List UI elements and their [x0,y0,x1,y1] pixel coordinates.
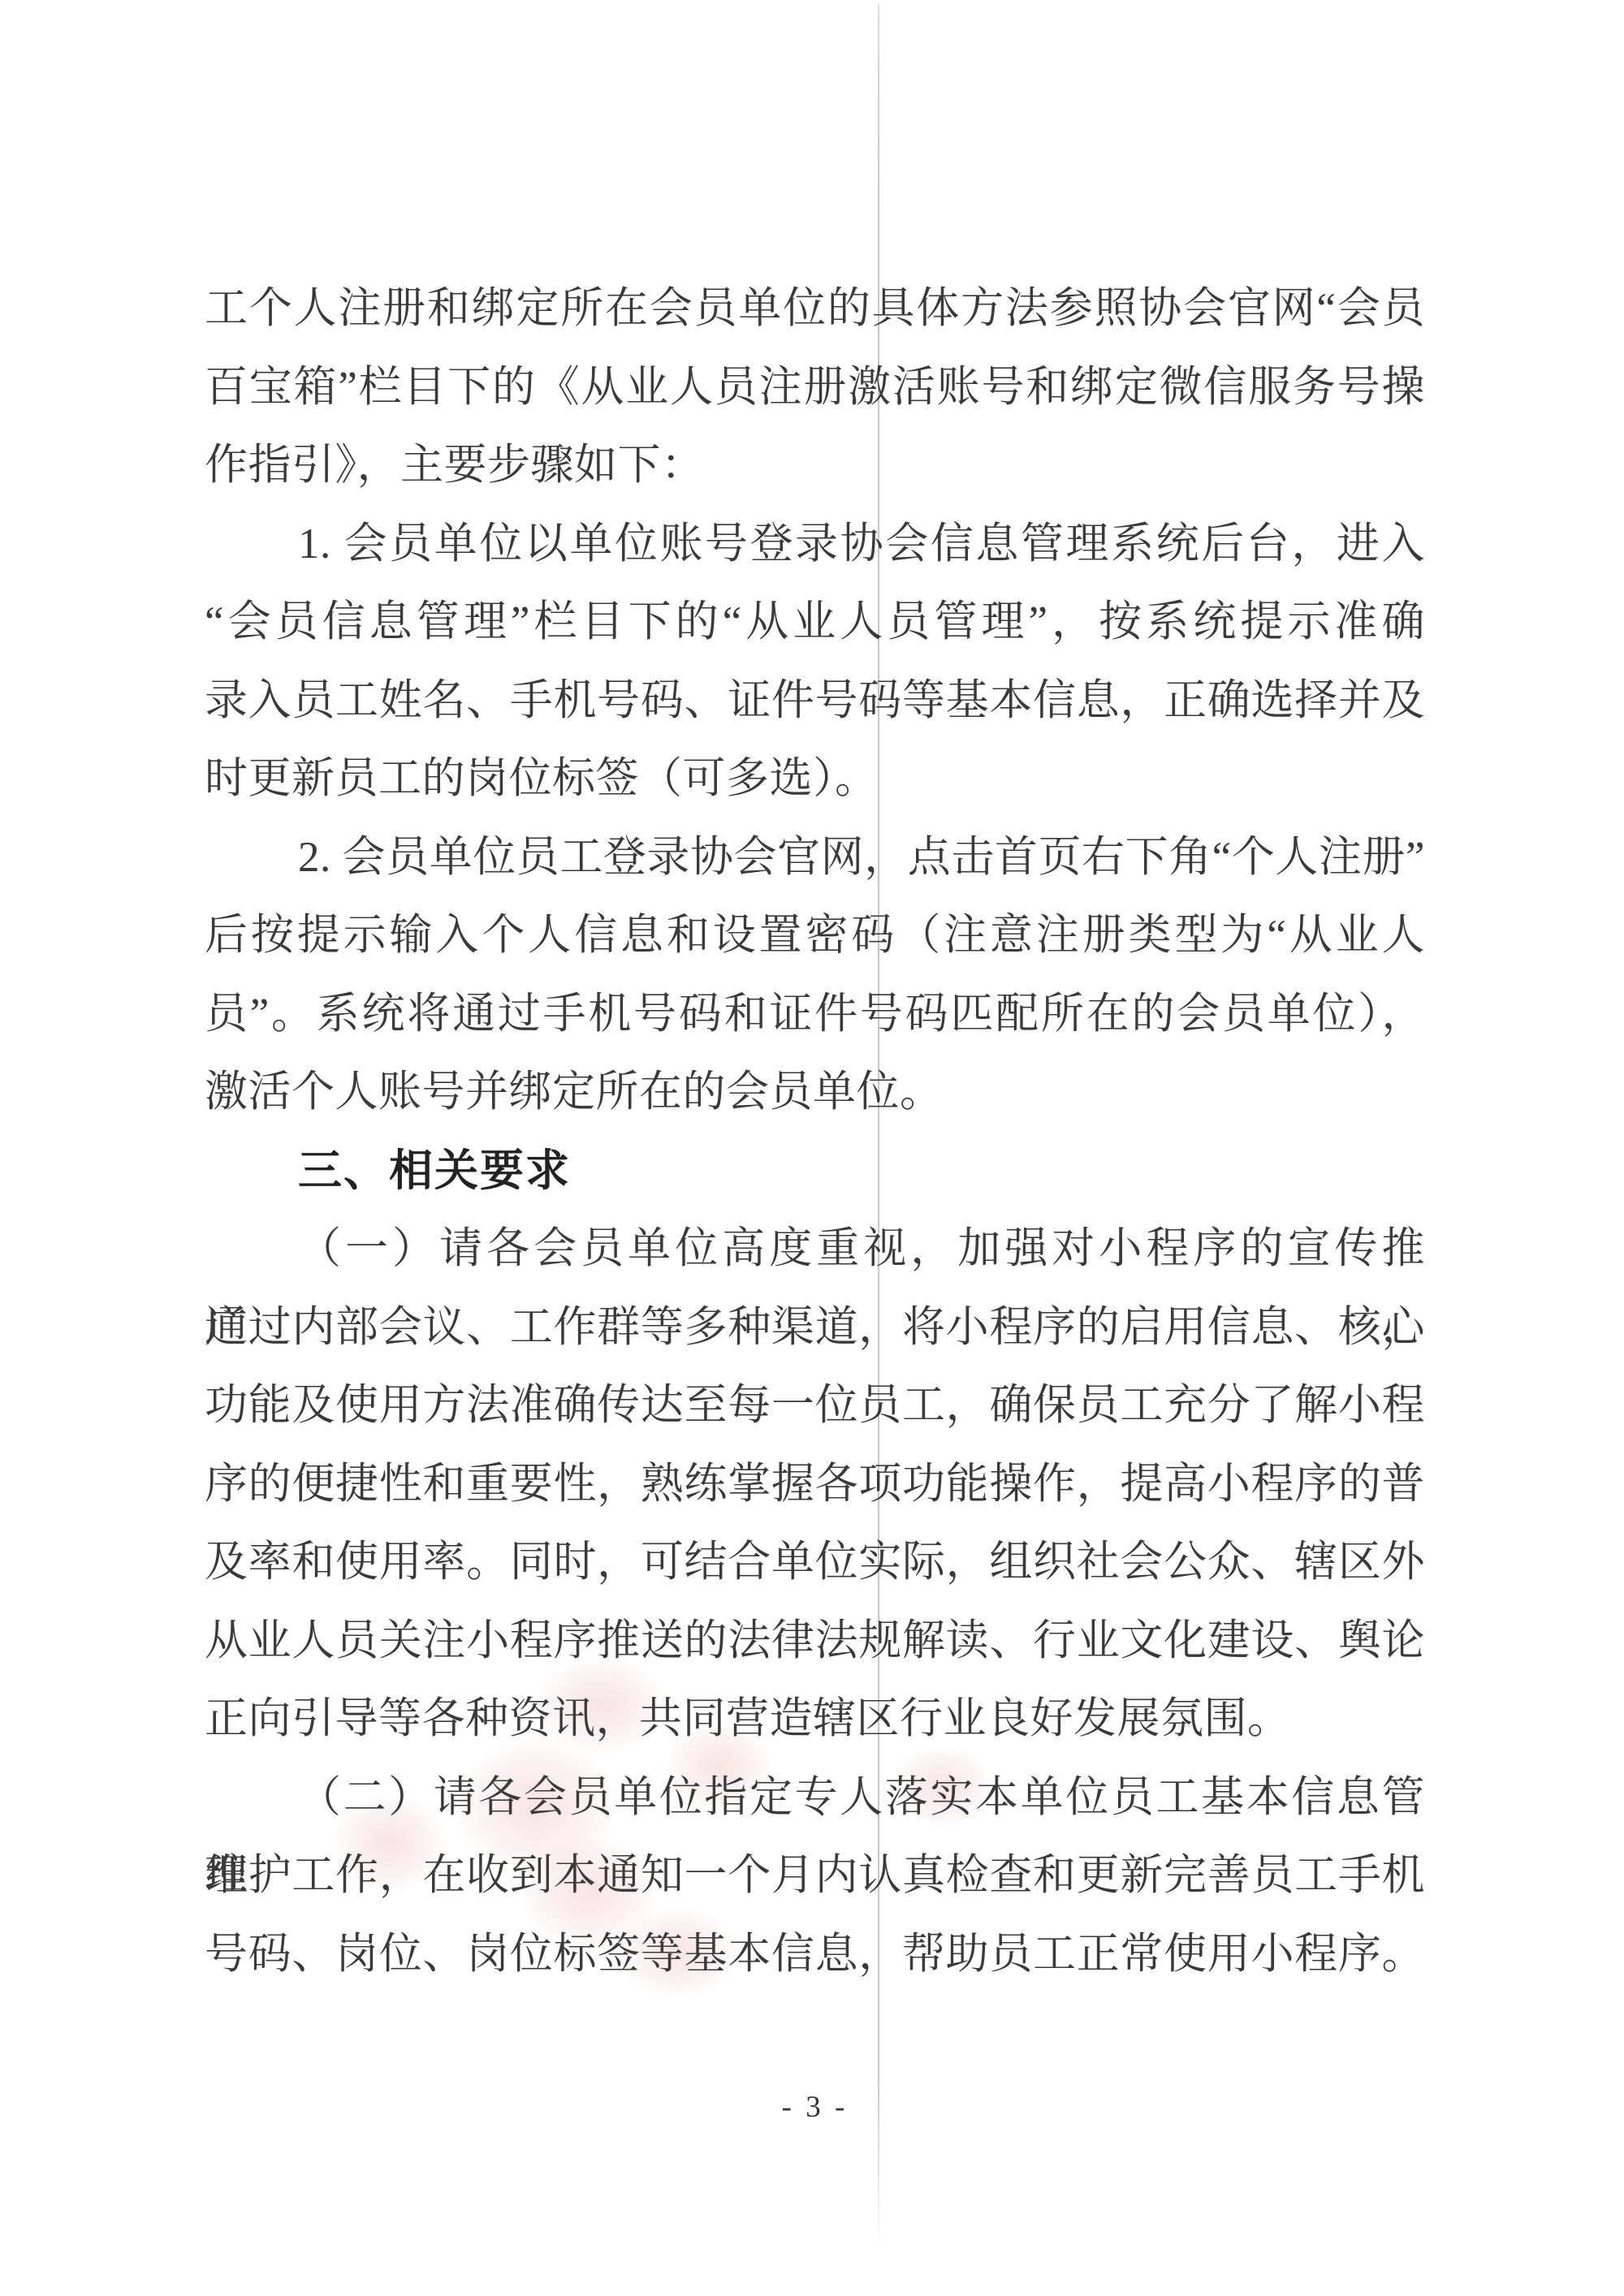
text-line: 2. 会员单位员工登录协会官网，点击首页右下角“个人注册” [205,818,1425,897]
text-line: 后按提示输入个人信息和设置密码（注意注册类型为“从业人 [205,896,1425,975]
text-line: 激活个人账号并绑定所在的会员单位。 [205,1053,1425,1132]
text-line: 及率和使用率。同时，可结合单位实际，组织社会公众、辖区外 [205,1523,1425,1602]
document-body: 工个人注册和绑定所在会员单位的具体方法参照协会官网“会员百宝箱”栏目下的《从业人… [205,270,1425,1993]
text-line: 作指引》，主要步骤如下： [205,426,1425,505]
text-line: 号码、岗位、岗位标签等基本信息，帮助员工正常使用小程序。 [205,1915,1425,1994]
text-line: 通过内部会议、工作群等多种渠道，将小程序的启用信息、核心 [205,1288,1425,1367]
text-line: 1. 会员单位以单位账号登录协会信息管理系统后台，进入 [205,505,1425,584]
page-number: - 3 - [205,2087,1425,2129]
section-heading: 三、相关要求 [205,1132,1425,1211]
text-line: 从业人员关注小程序推送的法律法规解读、行业文化建设、舆论 [205,1602,1425,1681]
text-line: 正向引导等各种资讯，共同营造辖区行业良好发展氛围。 [205,1680,1425,1759]
text-line: 时更新员工的岗位标签（可多选）。 [205,740,1425,818]
text-line: （一）请各会员单位高度重视，加强对小程序的宣传推广， [205,1210,1425,1288]
text-line: “会员信息管理”栏目下的“从业人员管理”，按系统提示准确 [205,583,1425,662]
text-line: 员”。系统将通过手机号码和证件号码匹配所在的会员单位）， [205,975,1425,1054]
text-line: 百宝箱”栏目下的《从业人员注册激活账号和绑定微信服务号操 [205,348,1425,427]
document-page: 工个人注册和绑定所在会员单位的具体方法参照协会官网“会员百宝箱”栏目下的《从业人… [0,0,1624,2296]
text-line: 维护工作，在收到本通知一个月内认真检查和更新完善员工手机 [205,1836,1425,1915]
text-line: 工个人注册和绑定所在会员单位的具体方法参照协会官网“会员 [205,270,1425,348]
text-line: 功能及使用方法准确传达至每一位员工，确保员工充分了解小程 [205,1366,1425,1445]
text-line: 录入员工姓名、手机号码、证件号码等基本信息，正确选择并及 [205,662,1425,740]
text-line: （二）请各会员单位指定专人落实本单位员工基本信息管理 [205,1759,1425,1837]
text-line: 序的便捷性和重要性，熟练掌握各项功能操作，提高小程序的普 [205,1445,1425,1524]
